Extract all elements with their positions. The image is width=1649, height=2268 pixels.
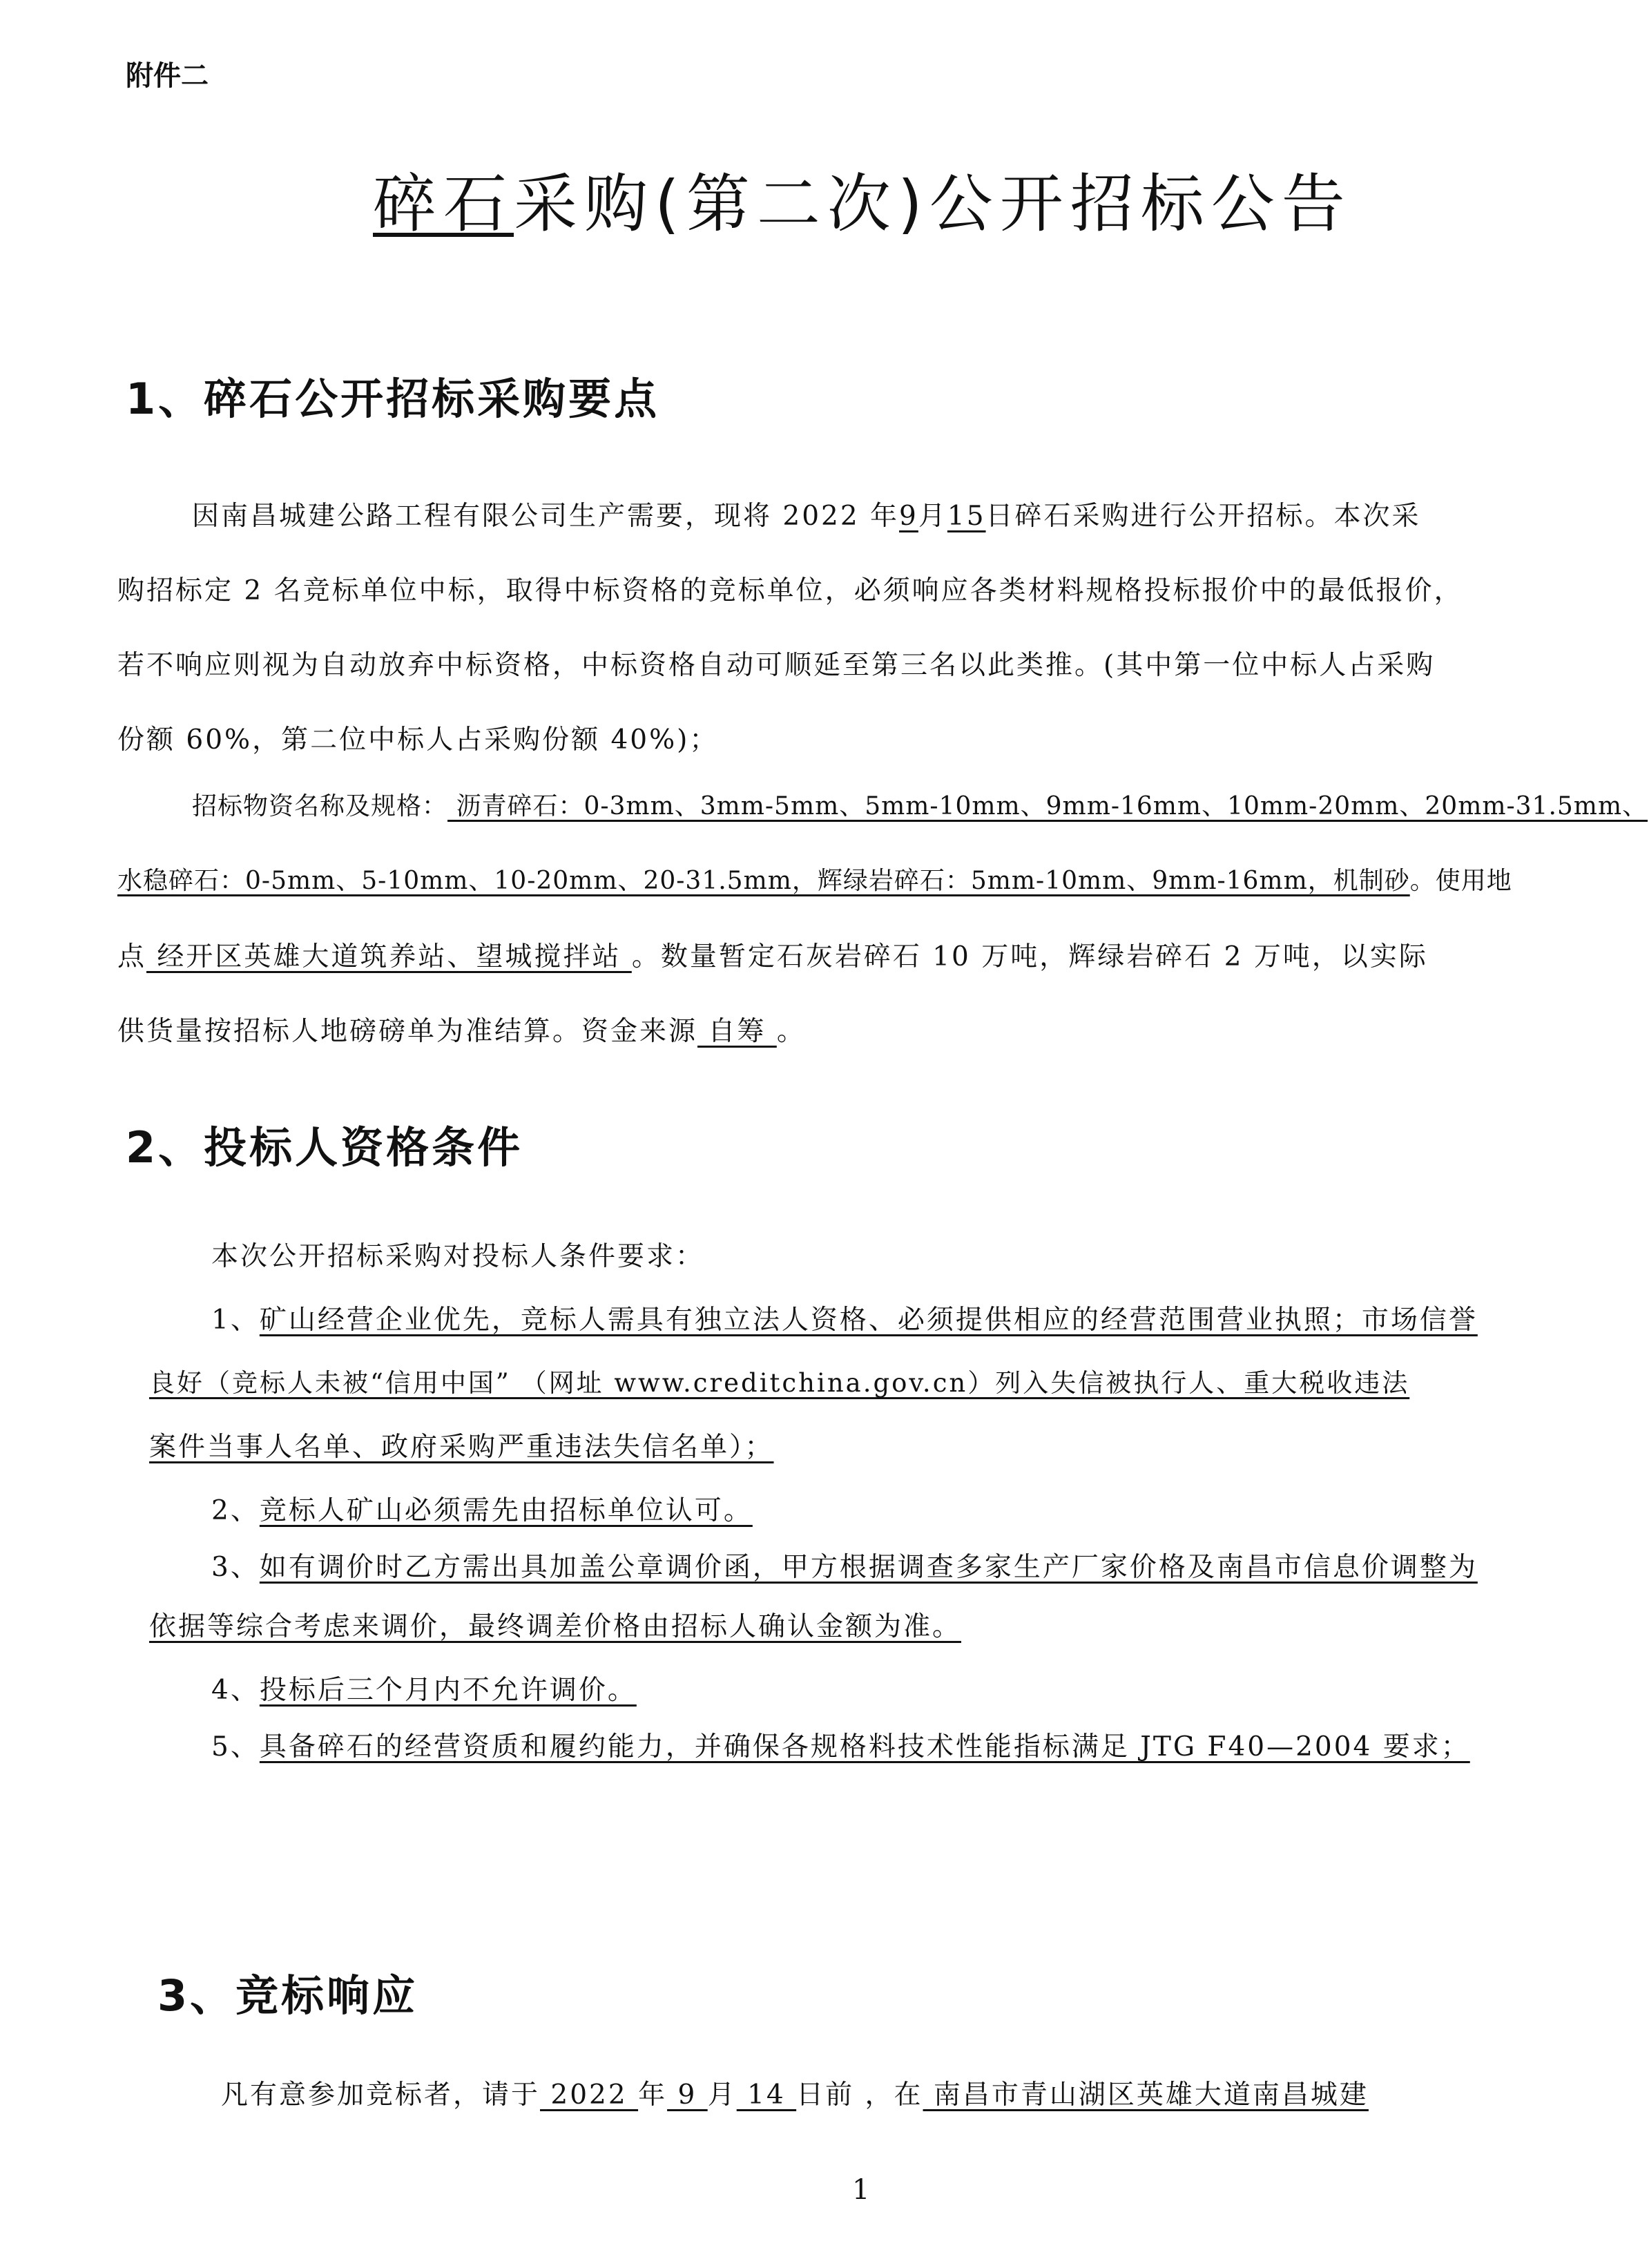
- page-title: 碎石采购(第二次)公开招标公告: [373, 153, 1352, 244]
- section1-heading: 1、碎石公开招标采购要点: [126, 365, 659, 426]
- s1-p2-line2: 水稳碎石：0-5mm、5-10mm、10-20mm、20-31.5mm，辉绿岩碎…: [117, 869, 1512, 894]
- s1-p1-line3: 若不响应则视为自动放弃中标资格，中标资格自动可顺延至第三名以此类推。(其中第一位…: [117, 652, 1435, 679]
- s1-p1-line2: 购招标定 2 名竞标单位中标，取得中标资格的竞标单位，必须响应各类材料规格投标报…: [117, 577, 1463, 604]
- date-month: 9: [899, 501, 918, 532]
- s2-item5: 5、具备碎石的经营资质和履约能力，并确保各规格料技术性能指标满足 JTG F40…: [211, 1733, 1470, 1760]
- fund-source: 自筹: [697, 1016, 777, 1047]
- s2-item1-line2: 良好（竞标人未被“信用中国” （网址 www.creditchina.gov.c…: [149, 1370, 1409, 1396]
- s1-p2-line4: 供货量按招标人地磅磅单为准结算。资金来源 自筹 。: [117, 1018, 806, 1045]
- s1-p1-line1: 因南昌城建公路工程有限公司生产需要，现将 2022 年9月15日碎石采购进行公开…: [192, 503, 1421, 530]
- date-day: 15: [947, 501, 986, 532]
- attachment-label: 附件二: [126, 54, 209, 93]
- s2-item2: 2、竞标人矿山必须需先由招标单位认可。: [211, 1497, 753, 1524]
- specs-line1: 沥青碎石：0-3mm、3mm-5mm、5mm-10mm、9mm-16mm、10m…: [447, 792, 1648, 820]
- s2-item1-line1: 1、矿山经营企业优先，竞标人需具有独立法人资格、必须提供相应的经营范围营业执照；…: [211, 1307, 1478, 1334]
- s1-p2-line3: 点 经开区英雄大道筑养站、望城搅拌站 。数量暂定石灰岩碎石 10 万吨，辉绿岩碎…: [117, 943, 1428, 970]
- specs-line2: 水稳碎石：0-5mm、5-10mm、10-20mm、20-31.5mm，辉绿岩碎…: [117, 867, 1410, 895]
- s2-item3-line2: 依据等综合考虑来调价，最终调差价格由招标人确认金额为准。: [149, 1613, 961, 1640]
- s1-p2-line1: 招标物资名称及规格： 沥青碎石：0-3mm、3mm-5mm、5mm-10mm、9…: [192, 794, 1648, 819]
- s2-item1-line3: 案件当事人名单、政府采购严重违法失信名单）；: [149, 1434, 774, 1461]
- section2-heading: 2、投标人资格条件: [126, 1113, 523, 1175]
- title-underlined: 碎石: [373, 167, 514, 241]
- location: 经开区英雄大道筑养站、望城搅拌站: [146, 941, 632, 972]
- s3-p1-line1: 凡有意参加竞标者，请于 2022 年 9 月 14 日前 ，在 南昌市青山湖区英…: [221, 2082, 1369, 2108]
- title-rest: 采购(第二次)公开招标公告: [514, 167, 1352, 241]
- section3-heading: 3、竞标响应: [157, 1961, 418, 2023]
- s1-p1-line4: 份额 60%，第二位中标人占采购份额 40%)；: [117, 727, 718, 753]
- s2-intro: 本次公开招标采购对投标人条件要求：: [211, 1243, 704, 1270]
- page-number: 1: [852, 2174, 869, 2206]
- s2-item4: 4、投标后三个月内不允许调价。: [211, 1677, 637, 1704]
- s2-item3-line1: 3、如有调价时乙方需出具加盖公章调价函，甲方根据调查多家生产厂家价格及南昌市信息…: [211, 1554, 1478, 1581]
